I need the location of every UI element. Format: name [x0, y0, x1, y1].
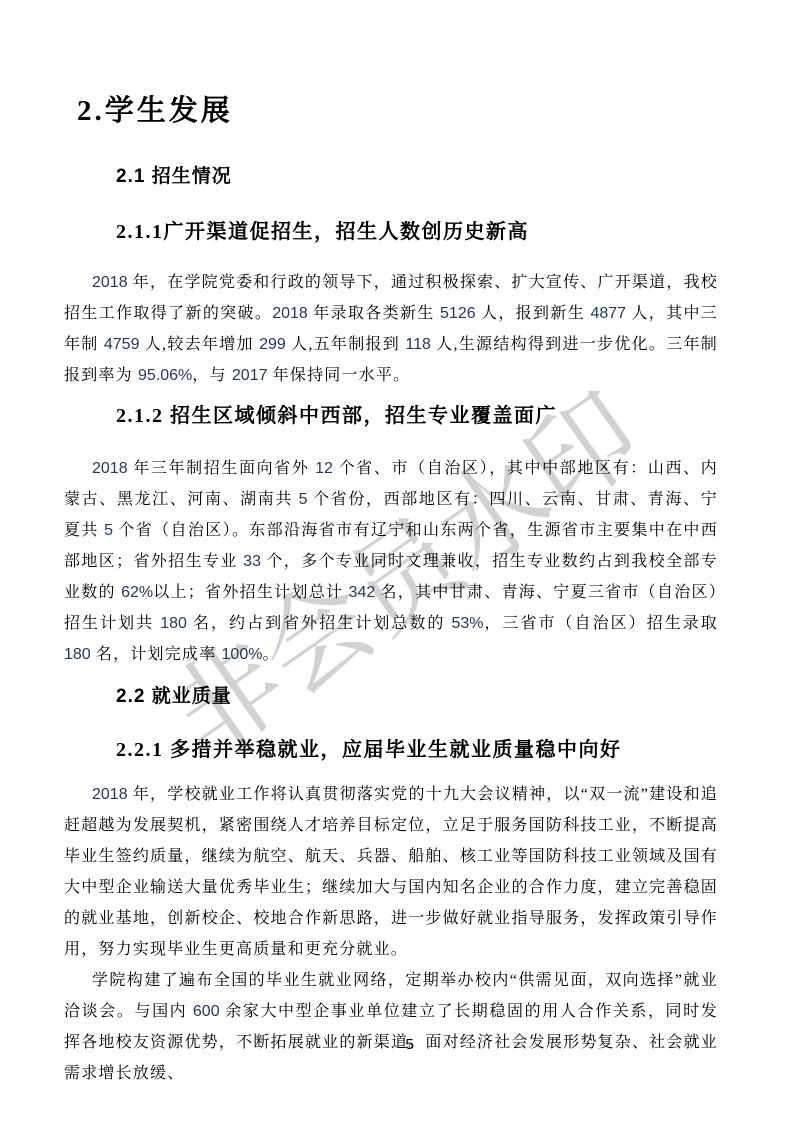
section-heading-2-1-enrollment: 2.1 招生情况 — [116, 167, 793, 187]
paragraph-enrollment-results: 2018 年，在学院党委和行政的领导下，通过积极探索、扩大宣传、广开渠道，我校招… — [64, 267, 718, 391]
subsection-heading-2-2-1: 2.2.1 多措并举稳就业，应届毕业生就业质量稳中向好 — [116, 738, 793, 763]
doc-title: 2.学生发展 — [77, 96, 793, 126]
subsection-heading-2-1-2: 2.1.2 招生区域倾斜中西部，招生专业覆盖面广 — [116, 404, 793, 429]
subsection-heading-2-1-1: 2.1.1广开渠道促招生，招生人数创历史新高 — [116, 220, 793, 245]
section-heading-2-2-employment: 2.2 就业质量 — [116, 687, 793, 707]
page-number: 5 — [13, 1036, 793, 1053]
paragraph-employment-network: 学院构建了遍布全国的毕业生就业网络，定期举办校内“供需见面，双向选择”就业洽谈会… — [64, 965, 718, 1089]
document-page: 非会员水印 2.学生发展 2.1 招生情况 2.1.1广开渠道促招生，招生人数创… — [0, 0, 793, 1122]
paragraph-enrollment-regions: 2018 年三年制招生面向省外 12 个省、市（自治区），其中中部地区有：山西、… — [64, 453, 718, 670]
paragraph-employment-measures: 2018 年，学校就业工作将认真贯彻落实党的十九大会议精神，以“双一流”建设和追… — [64, 779, 718, 965]
